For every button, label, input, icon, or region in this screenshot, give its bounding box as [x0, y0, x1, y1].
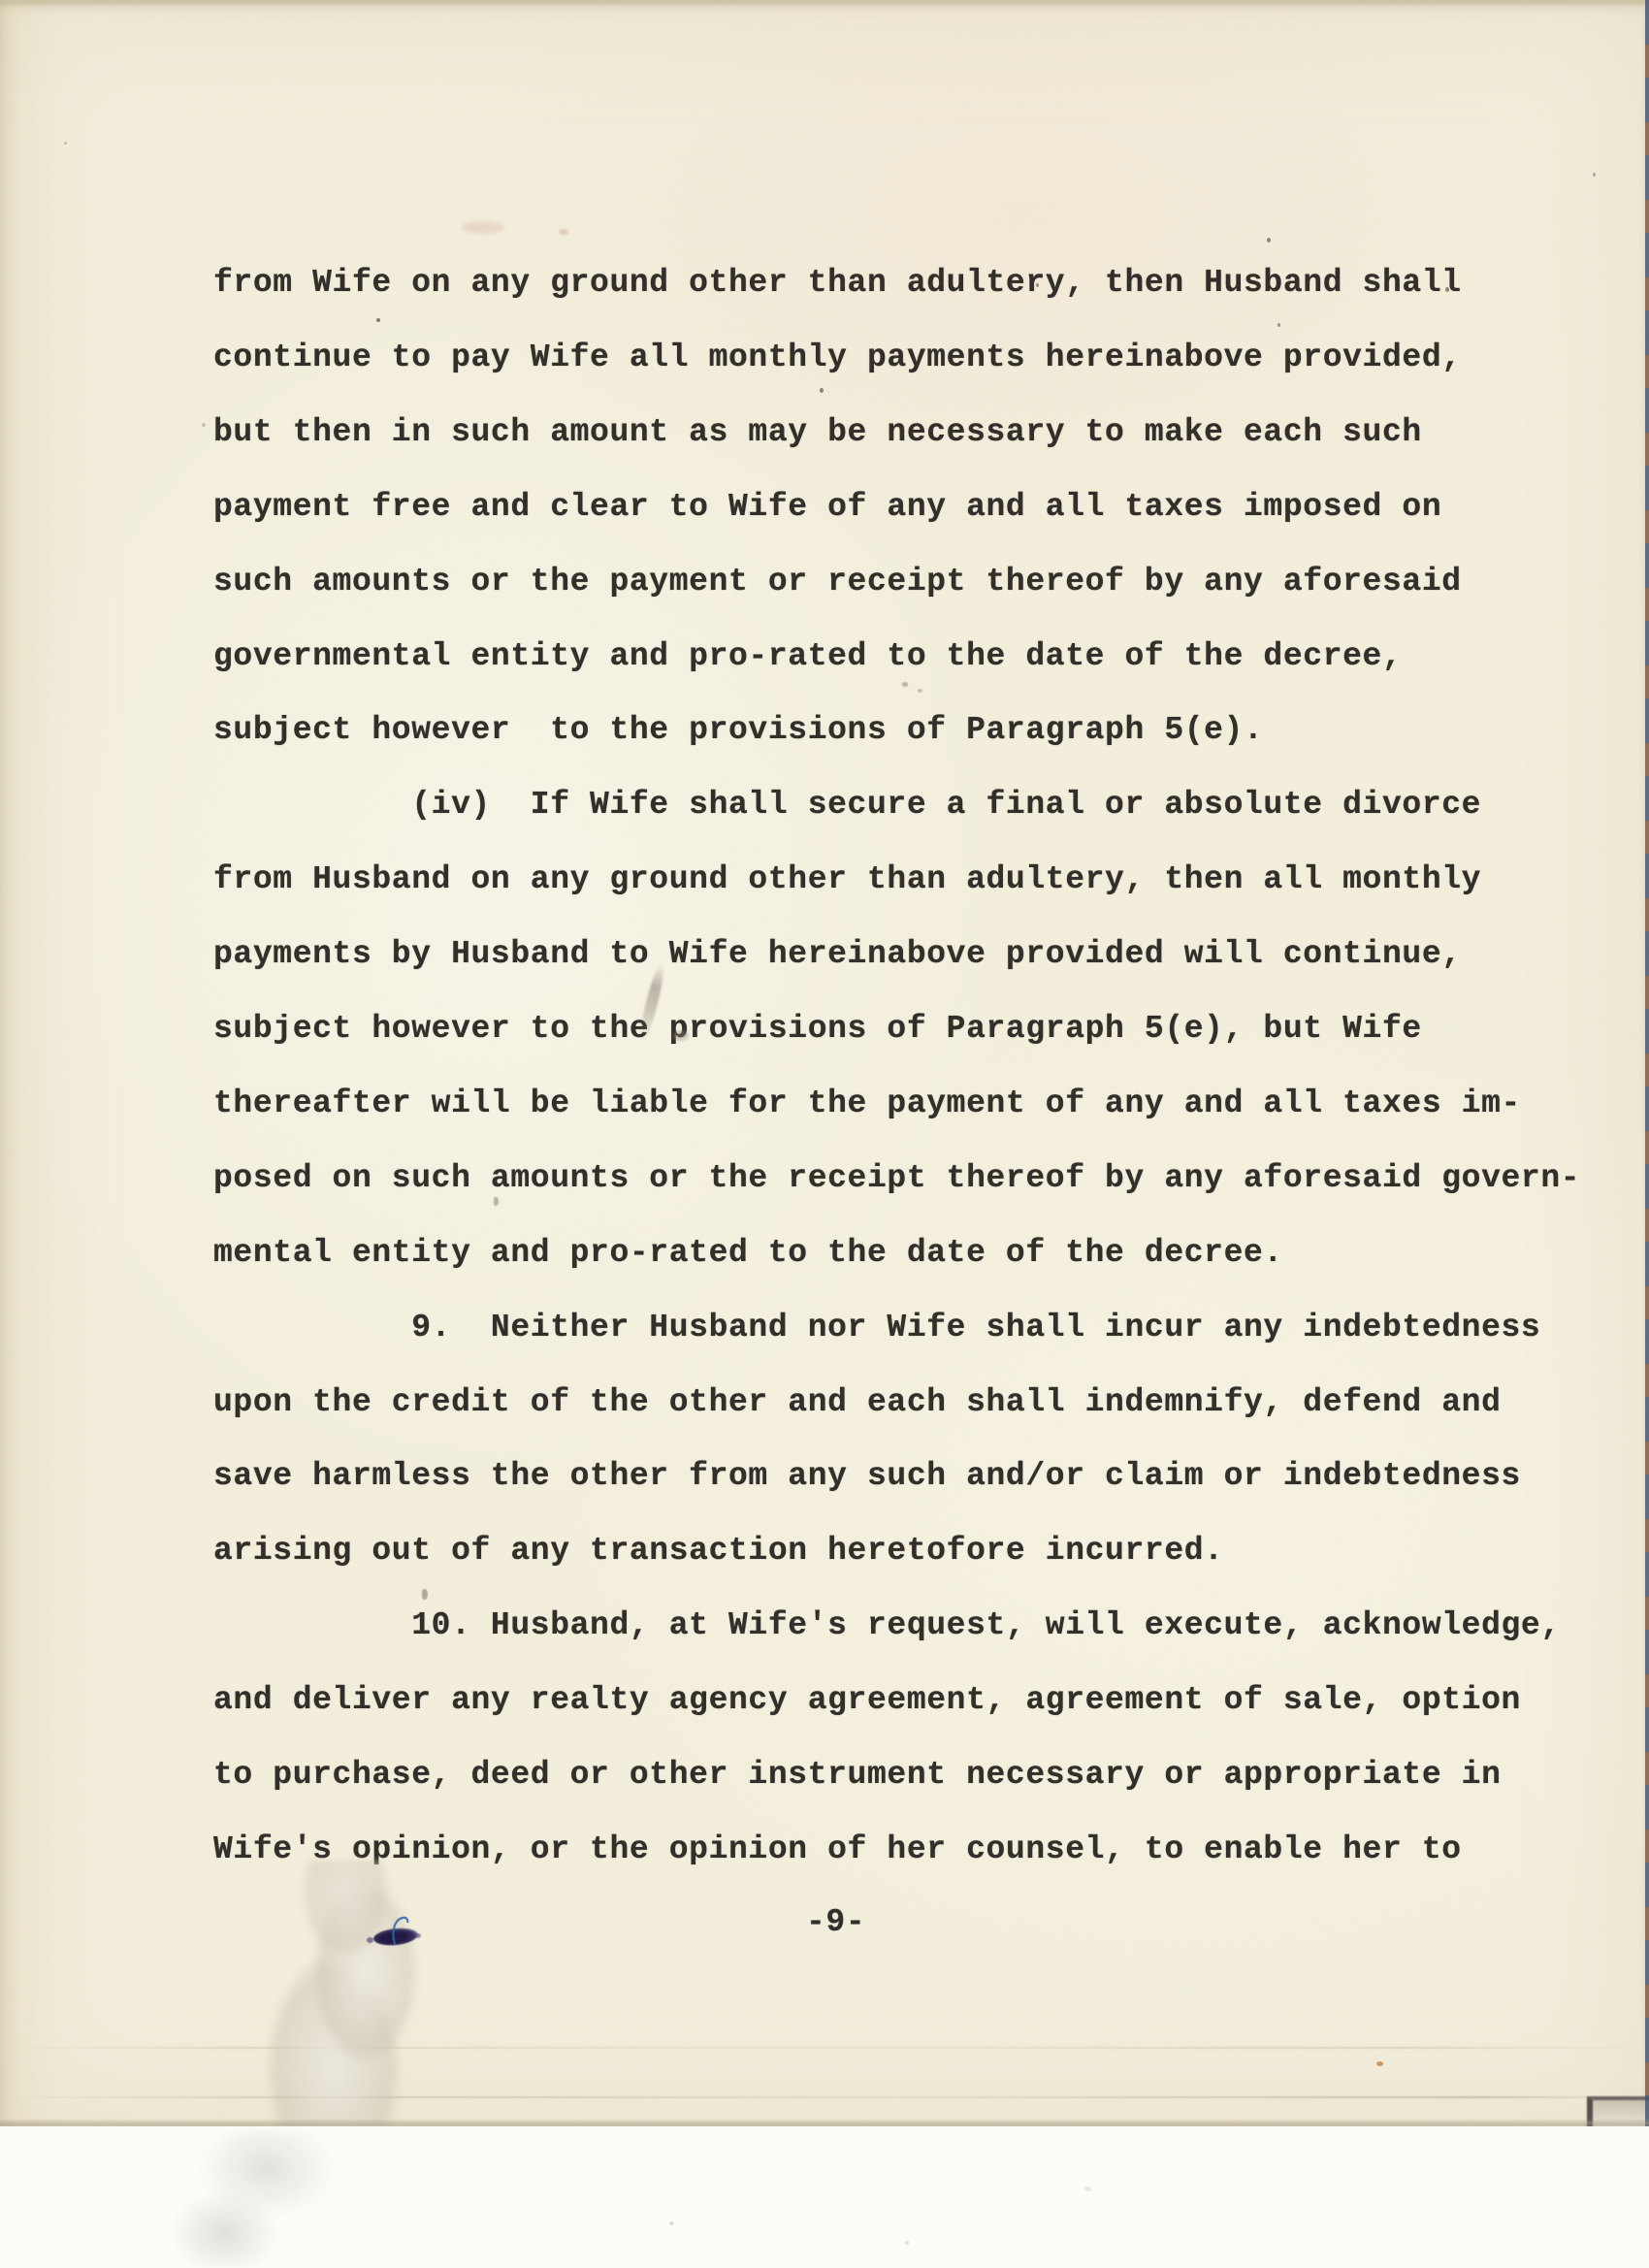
text-line: but then in such amount as may be necess… — [213, 413, 1422, 452]
text-line: arising out of any transaction heretofor… — [213, 1532, 1224, 1571]
text-line: such amounts or the payment or receipt t… — [213, 563, 1462, 601]
paper-sheet: from Wife on any ground other than adult… — [0, 0, 1649, 2126]
text-line: save harmless the other from any such an… — [213, 1457, 1521, 1496]
text-line: upon the credit of the other and each sh… — [213, 1383, 1502, 1422]
paper-speck — [1445, 287, 1449, 292]
page-number: -9- — [806, 1903, 865, 1942]
paper-speck — [1593, 173, 1596, 177]
paper-speck — [202, 423, 206, 427]
text-line: payment free and clear to Wife of any an… — [213, 488, 1441, 527]
text-line: mental entity and pro-rated to the date … — [213, 1234, 1283, 1273]
text-line: (iv) If Wife shall secure a final or abs… — [213, 786, 1481, 825]
gray-speck — [422, 1589, 428, 1600]
text-line: governmental entity and pro-rated to the… — [213, 637, 1402, 676]
paper-speck — [1036, 283, 1039, 287]
pink-smudge — [462, 221, 504, 234]
text-line: subject however to the provisions of Par… — [213, 711, 1263, 750]
text-line: and deliver any realty agency agreement,… — [213, 1681, 1521, 1720]
text-line: continue to pay Wife all monthly payment… — [213, 339, 1462, 377]
paper-speck — [376, 318, 380, 322]
text-line: 9. Neither Husband nor Wife shall incur … — [213, 1309, 1540, 1347]
text-line: payments by Husband to Wife hereinabove … — [213, 935, 1462, 974]
orange-speck — [1376, 2061, 1383, 2066]
text-line: 10. Husband, at Wife's request, will exe… — [213, 1606, 1561, 1645]
text-line: to purchase, deed or other instrument ne… — [213, 1756, 1502, 1795]
background-speck — [905, 2241, 909, 2245]
fold-crease-line — [0, 2096, 1649, 2098]
background-speck — [1084, 2187, 1091, 2191]
text-line: from Wife on any ground other than adult… — [213, 264, 1462, 303]
paper-grain-texture — [0, 0, 1649, 2126]
gray-speck — [902, 682, 908, 687]
paper-speck — [1267, 238, 1271, 243]
background-speck — [669, 2221, 674, 2225]
text-line: thereafter will be liable for the paymen… — [213, 1085, 1521, 1123]
text-line: posed on such amounts or the receipt the… — [213, 1159, 1580, 1198]
fold-crease-line — [0, 2047, 1649, 2049]
text-line: from Husband on any ground other than ad… — [213, 860, 1481, 899]
crinkle-stain — [254, 1861, 453, 2126]
paper-speck — [820, 388, 824, 393]
gray-speck — [494, 1197, 499, 1206]
pink-smudge — [559, 229, 568, 235]
paper-speck — [64, 142, 67, 145]
gray-smudge-blob — [673, 1030, 689, 1041]
scan-right-edge — [1645, 0, 1649, 2126]
text-line: subject however to the provisions of Par… — [213, 1010, 1422, 1049]
paper-speck — [1277, 323, 1280, 327]
gray-speck — [918, 689, 922, 693]
paper-top-edge-shadow — [0, 0, 1649, 7]
blue-ink-squiggle — [381, 1911, 422, 1952]
ink-blot-satellite — [367, 1937, 373, 1943]
crinkle-stain-continuation — [145, 2130, 378, 2266]
